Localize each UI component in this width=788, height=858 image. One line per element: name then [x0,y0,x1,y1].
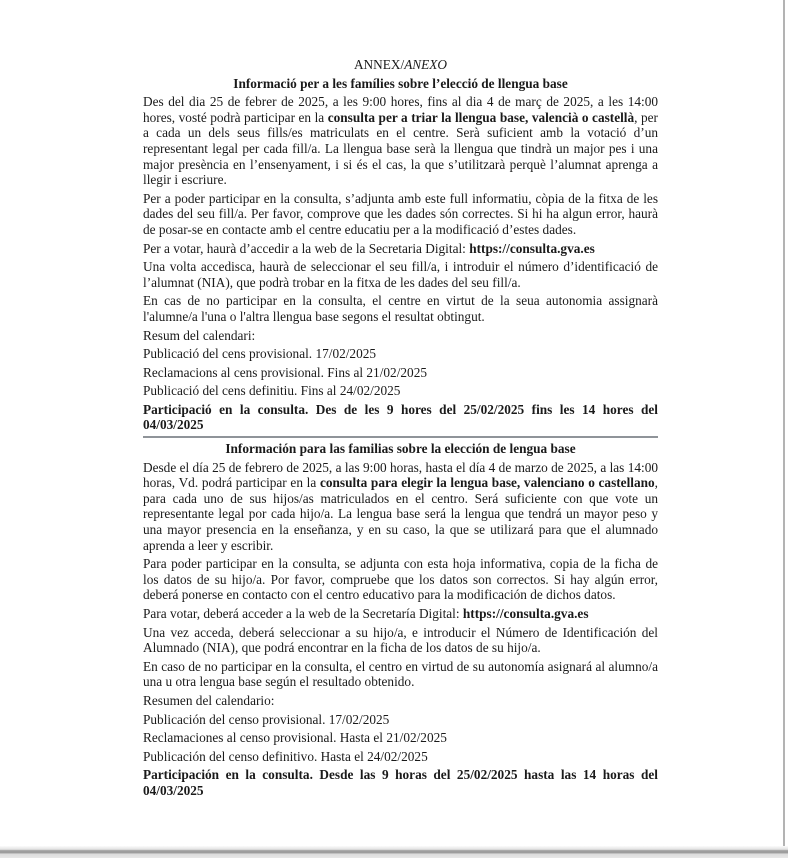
valencian-vote-paragraph: Per a votar, haurà d’accedir a la web de… [143,241,658,257]
valencian-calendar-item-1: Publicació del cens provisional. 17/02/2… [143,346,658,362]
valencian-no-participation-paragraph: En cas de no participar en la consulta, … [143,293,658,324]
spanish-heading: Información para las familias sobre la e… [143,441,658,457]
spanish-no-participation-paragraph: En caso de no participar en la consulta,… [143,659,658,690]
valencian-intro-bold: consulta per a triar la llengua base, va… [328,110,634,125]
page-right-edge [783,0,785,852]
spanish-access-paragraph: Una vez acceda, deberá seleccionar a su … [143,625,658,656]
spanish-intro-bold: consulta para elegir la lengua base, val… [320,475,655,490]
valencian-heading: Informació per a les famílies sobre l’el… [143,76,658,92]
spanish-attachment-paragraph: Para poder participar en la consulta, se… [143,556,658,603]
spanish-intro-paragraph: Desde el día 25 de febrero de 2025, a la… [143,460,658,554]
document-page: ANNEX/ANEXO Informació per a les famílie… [0,0,788,858]
section-divider [143,436,658,438]
valencian-calendar-item-3: Publicació del cens definitiu. Fins al 2… [143,383,658,399]
annex-title-roman: ANNEX/ [354,57,404,72]
spanish-consulta-url: https://consulta.gva.es [463,606,589,621]
spanish-vote-paragraph: Para votar, deberá acceder a la web de l… [143,606,658,622]
spanish-calendar-item-2: Reclamaciones al censo provisional. Hast… [143,730,658,746]
valencian-consulta-url: https://consulta.gva.es [469,241,595,256]
valencian-attachment-paragraph: Per a poder participar en la consulta, s… [143,191,658,238]
spanish-participation-paragraph: Participación en la consulta. Desde las … [143,767,658,798]
valencian-intro-paragraph: Des del dia 25 de febrer de 2025, a les … [143,94,658,188]
annex-title: ANNEX/ANEXO [143,57,658,73]
spanish-calendar-item-1: Publicación del censo provisional. 17/02… [143,712,658,728]
spanish-calendar-item-3: Publicación del censo definitivo. Hasta … [143,749,658,765]
valencian-participation-paragraph: Participació en la consulta. Des de les … [143,402,658,433]
document-content: ANNEX/ANEXO Informació per a les famílie… [143,57,658,802]
valencian-access-paragraph: Una volta accedisca, haurà de selecciona… [143,259,658,290]
annex-title-italic: ANEXO [404,57,447,72]
page-bottom-edge [0,846,788,858]
spanish-calendar-title: Resumen del calendario: [143,693,658,709]
valencian-calendar-item-2: Reclamacions al cens provisional. Fins a… [143,365,658,381]
valencian-calendar-title: Resum del calendari: [143,328,658,344]
